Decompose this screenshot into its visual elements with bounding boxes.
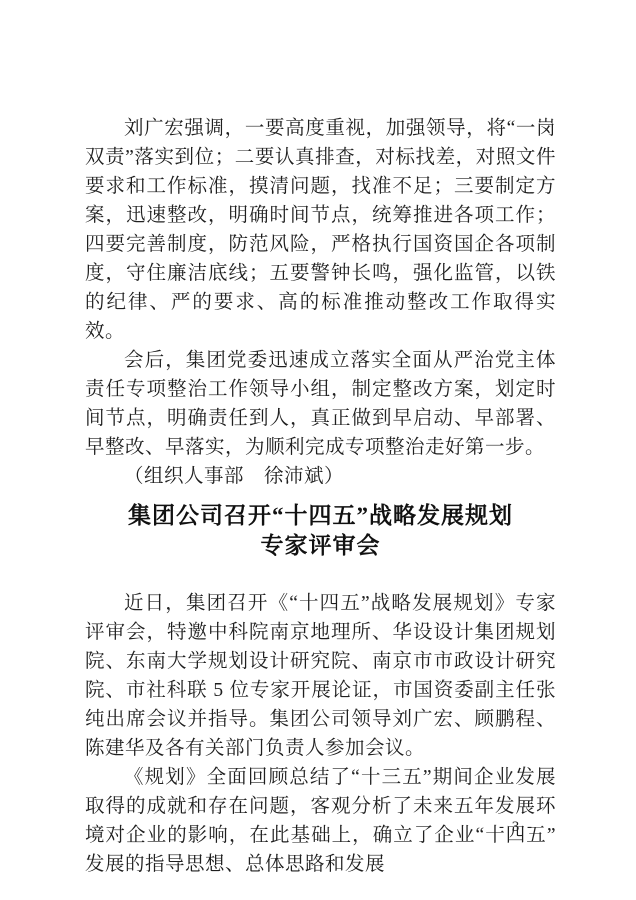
previous-article-paragraph-1: 刘广宏强调，一要高度重视，加强领导，将“一岗双责”落实到位；二要认真排查，对标找… <box>85 114 556 346</box>
previous-article-paragraph-2: 会后，集团党委迅速成立落实全面从严治党主体责任专项整治工作领导小组，制定整改方案… <box>85 346 556 462</box>
article-paragraph-2: 《规划》全面回顾总结了“十三五”期间企业发展取得的成就和存在问题，客观分析了未来… <box>85 763 556 879</box>
previous-article-byline: （组织人事部 徐沛斌） <box>85 462 556 491</box>
document-page: 刘广宏强调，一要高度重视，加强领导，将“一岗双责”落实到位；二要认真排查，对标找… <box>0 0 636 900</box>
previous-article-section: 刘广宏强调，一要高度重视，加强领导，将“一岗双责”落实到位；二要认真排查，对标找… <box>85 114 556 491</box>
article-title-line2: 专家评审会 <box>261 533 381 558</box>
article-title: 集团公司召开“十四五”战略发展规划 专家评审会 <box>85 501 556 561</box>
article-body-section: 近日，集团召开《“十四五”战略发展规划》专家评审会，特邀中科院南京地理所、华设设… <box>85 589 556 879</box>
article-paragraph-1: 近日，集团召开《“十四五”战略发展规划》专家评审会，特邀中科院南京地理所、华设设… <box>85 589 556 763</box>
page-number: - 3 - <box>499 818 534 836</box>
article-title-line1: 集团公司召开“十四五”战略发展规划 <box>128 503 513 528</box>
